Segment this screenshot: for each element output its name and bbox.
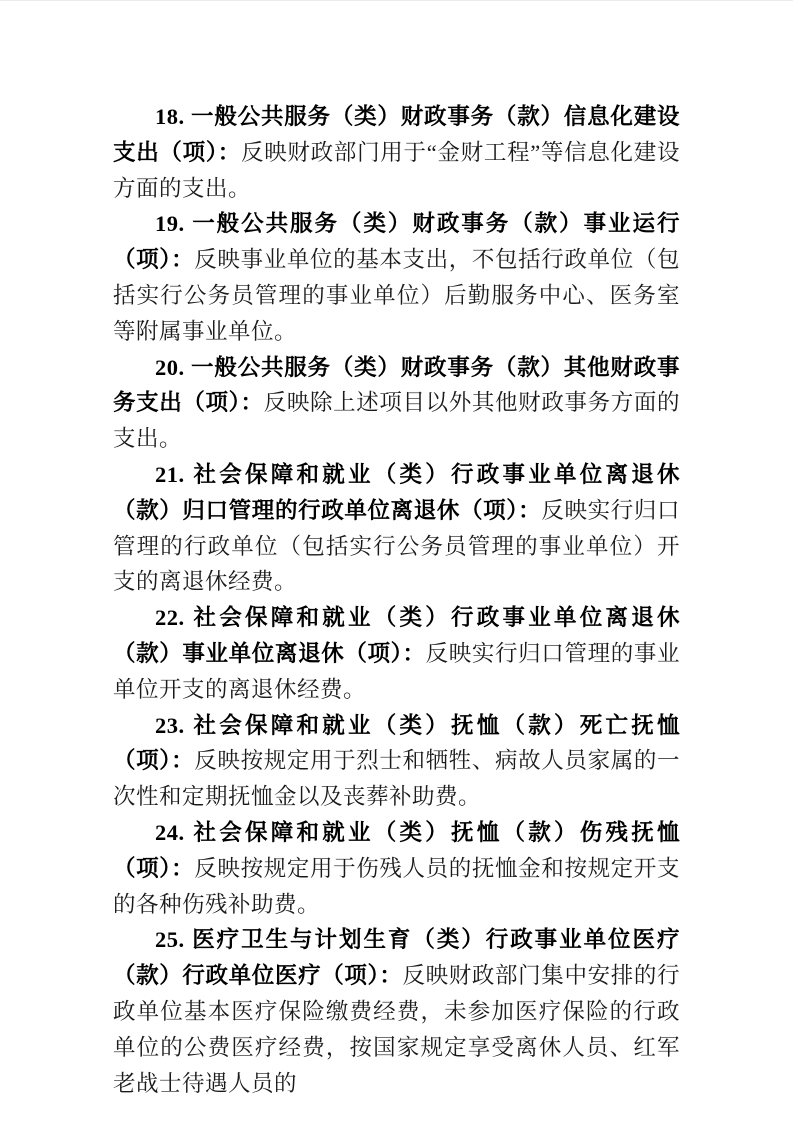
paragraph: 20. 一般公共服务（类）财政事务（款）其他财政事务支出（项）：反映除上述项目以…	[113, 350, 680, 457]
paragraph: 24. 社会保障和就业（类）抚恤（款）伤残抚恤（项）：反映按规定用于伤残人员的抚…	[113, 815, 680, 922]
page-top-edge	[0, 0, 793, 1]
paragraph: 19. 一般公共服务（类）财政事务（款）事业运行（项）：反映事业单位的基本支出，…	[113, 206, 680, 349]
paragraph: 18. 一般公共服务（类）财政事务（款）信息化建设支出（项）：反映财政部门用于“…	[113, 99, 680, 206]
paragraph: 21. 社会保障和就业（类）行政事业单位离退休（款）归口管理的行政单位离退休（项…	[113, 457, 680, 600]
document-text-block: 18. 一般公共服务（类）财政事务（款）信息化建设支出（项）：反映财政部门用于“…	[113, 99, 680, 1101]
paragraph: 25. 医疗卫生与计划生育（类）行政事业单位医疗（款）行政单位医疗（项）：反映财…	[113, 922, 680, 1101]
paragraph-body: 反映按规定用于烈士和牺牲、病故人员家属的一次性和定期抚恤金以及丧葬补助费。	[113, 748, 680, 809]
paragraph: 23. 社会保障和就业（类）抚恤（款）死亡抚恤（项）：反映按规定用于烈士和牺牲、…	[113, 708, 680, 815]
document-page: 18. 一般公共服务（类）财政事务（款）信息化建设支出（项）：反映财政部门用于“…	[0, 0, 793, 1122]
paragraph-body: 反映事业单位的基本支出，不包括行政单位（包括实行公务员管理的事业单位）后勤服务中…	[113, 247, 680, 344]
paragraph-body: 反映按规定用于伤残人员的抚恤金和按规定开支的各种伤残补助费。	[113, 856, 680, 917]
paragraph: 22. 社会保障和就业（类）行政事业单位离退休（款）事业单位离退休（项）：反映实…	[113, 600, 680, 707]
